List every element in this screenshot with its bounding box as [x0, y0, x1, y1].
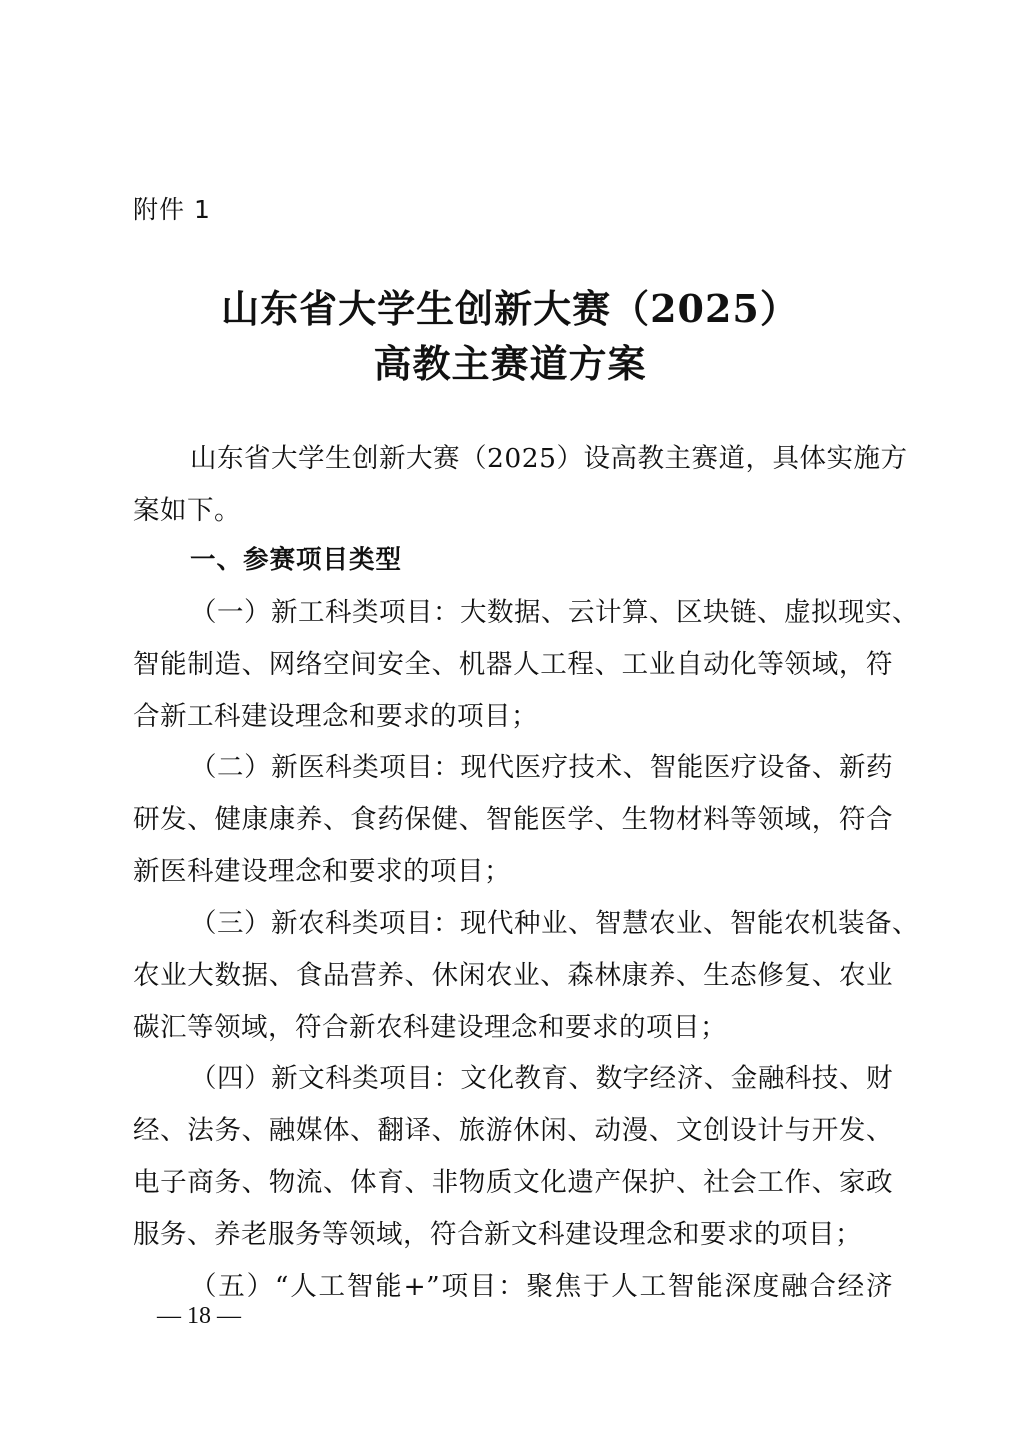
- intro-paragraph-line: 案如下。: [133, 488, 893, 527]
- page-number: — 18 —: [157, 1303, 241, 1330]
- item-5-line: （五）“人工智能+”项目：聚焦于人工智能深度融合经济: [190, 1264, 893, 1303]
- item-4-line: 服务、养老服务等领域，符合新文科建设理念和要求的项目；: [133, 1212, 893, 1251]
- item-3-line: 碳汇等领域，符合新农科建设理念和要求的项目；: [133, 1005, 893, 1044]
- document-title-line-1: 山东省大学生创新大赛（2025）: [0, 278, 1022, 333]
- item-4-line: （四）新文科类项目：文化教育、数字经济、金融科技、财: [190, 1056, 893, 1095]
- item-3-line: （三）新农科类项目：现代种业、智慧农业、智能农机装备、: [190, 901, 893, 940]
- item-1-line: 合新工科建设理念和要求的项目；: [133, 694, 893, 733]
- item-2-line: 研发、健康康养、食药保健、智能医学、生物材料等领域，符合: [133, 797, 893, 836]
- item-1-line: 智能制造、网络空间安全、机器人工程、工业自动化等领域，符: [133, 642, 893, 681]
- item-2-line: （二）新医科类项目：现代医疗技术、智能医疗设备、新药: [190, 745, 893, 784]
- section-heading: 一、参赛项目类型: [190, 540, 402, 576]
- intro-paragraph-line: 山东省大学生创新大赛（2025）设高教主赛道，具体实施方: [190, 436, 893, 475]
- item-4-line: 电子商务、物流、体育、非物质文化遗产保护、社会工作、家政: [133, 1160, 893, 1199]
- attachment-label: 附件 1: [133, 190, 211, 226]
- document-title-line-2: 高教主赛道方案: [0, 333, 1022, 388]
- item-4-line: 经、法务、融媒体、翻译、旅游休闲、动漫、文创设计与开发、: [133, 1108, 893, 1147]
- item-3-line: 农业大数据、食品营养、休闲农业、森林康养、生态修复、农业: [133, 953, 893, 992]
- item-2-line: 新医科建设理念和要求的项目；: [133, 849, 893, 888]
- item-1-line: （一）新工科类项目：大数据、云计算、区块链、虚拟现实、: [190, 590, 893, 629]
